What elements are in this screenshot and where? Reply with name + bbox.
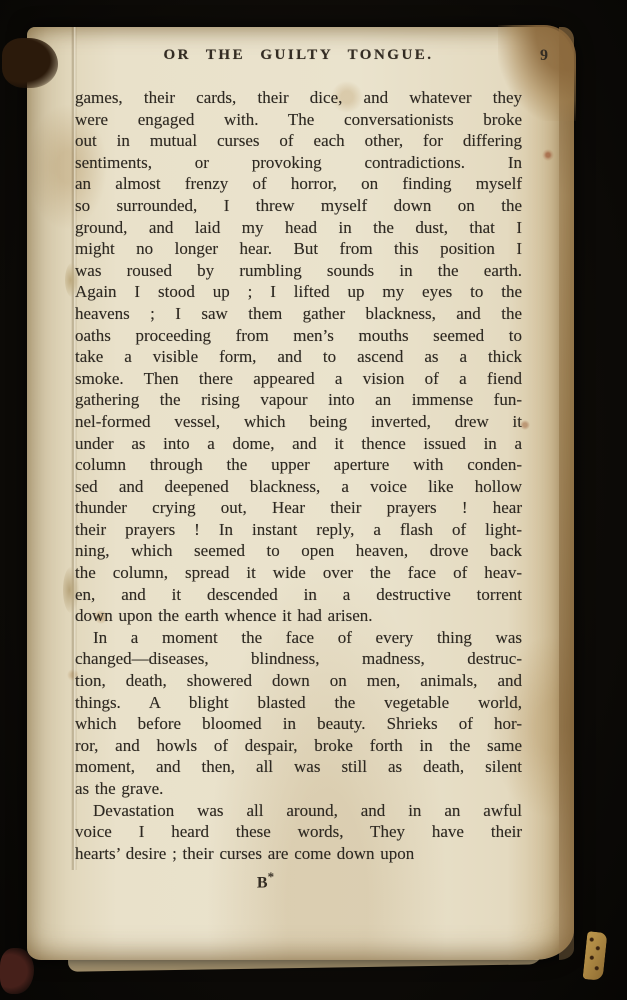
- page-fore-edge: [559, 27, 574, 960]
- text-line: nel-formed vessel, which being inverted,…: [75, 411, 522, 433]
- text-line: things. A blight blasted the vegetable w…: [75, 692, 522, 714]
- text-line: sentiments, or provoking contradictions.…: [75, 152, 522, 174]
- page-header: OR THE GUILTY TONGUE. 9: [75, 47, 522, 71]
- text-line: In a moment the face of every thing was: [75, 627, 522, 649]
- text-line: ning, which seemed to open heaven, drove…: [75, 540, 522, 562]
- text-line: as the grave.: [75, 778, 522, 800]
- text-line: tion, death, showered down on men, anima…: [75, 670, 522, 692]
- text-line: hearts’ desire ; their curses are come d…: [75, 843, 522, 865]
- text-line: sed and deepened blackness, a voice like…: [75, 476, 522, 498]
- signature-asterisk: *: [268, 869, 275, 884]
- signature-letter: B: [257, 875, 268, 892]
- text-line: changed—diseases, blindness, madness, de…: [75, 648, 522, 670]
- text-line: oaths proceeding from men’s mouths seeme…: [75, 325, 522, 347]
- text-line: out in mutual curses of each other, for …: [75, 130, 522, 152]
- cover-corner: [2, 38, 58, 88]
- cover-corner: [0, 948, 34, 994]
- book-page: OR THE GUILTY TONGUE. 9 games, their car…: [27, 27, 574, 960]
- text-line: might no longer hear. But from this posi…: [75, 238, 522, 260]
- text-line: their prayers ! In instant reply, a flas…: [75, 519, 522, 541]
- text-line: en, and it descended in a destructive to…: [75, 584, 522, 606]
- body-lines: games, their cards, their dice, and what…: [75, 87, 522, 864]
- text-block: OR THE GUILTY TONGUE. 9 games, their car…: [75, 47, 522, 893]
- text-line: take a visible form, and to ascend as a …: [75, 346, 522, 368]
- text-line: under as into a dome, and it thence issu…: [75, 433, 522, 455]
- text-line: which before bloomed in beauty. Shrieks …: [75, 713, 522, 735]
- text-line: an almost frenzy of horror, on finding m…: [75, 173, 522, 195]
- text-line: down upon the earth whence it had arisen…: [75, 605, 522, 627]
- text-line: was roused by rumbling sounds in the ear…: [75, 260, 522, 282]
- text-line: Again I stood up ; I lifted up my eyes t…: [75, 281, 522, 303]
- text-line: games, their cards, their dice, and what…: [75, 87, 522, 109]
- text-line: gathering the rising vapour into an imme…: [75, 389, 522, 411]
- text-line: Devastation was all around, and in an aw…: [75, 800, 522, 822]
- text-line: voice I heard these words, They have the…: [75, 821, 522, 843]
- text-line: were engaged with. The conversationists …: [75, 109, 522, 131]
- text-line: thunder crying out, Hear their prayers !…: [75, 497, 522, 519]
- text-line: heavens ; I saw them gather blackness, a…: [75, 303, 522, 325]
- page-number: 9: [540, 47, 548, 65]
- text-line: column through the upper aperture with c…: [75, 454, 522, 476]
- text-line: smoke. Then there appeared a vision of a…: [75, 368, 522, 390]
- text-line: the column, spread it wide over the face…: [75, 562, 522, 584]
- signature-mark: B*: [75, 869, 522, 892]
- text-line: ground, and laid my head in the dust, th…: [75, 217, 522, 239]
- running-title: OR THE GUILTY TONGUE.: [75, 47, 522, 64]
- text-line: ror, and howls of despair, broke forth i…: [75, 735, 522, 757]
- binding-fragment: [583, 931, 608, 981]
- text-line: so surrounded, I threw myself down on th…: [75, 195, 522, 217]
- text-line: moment, and then, all was still as death…: [75, 756, 522, 778]
